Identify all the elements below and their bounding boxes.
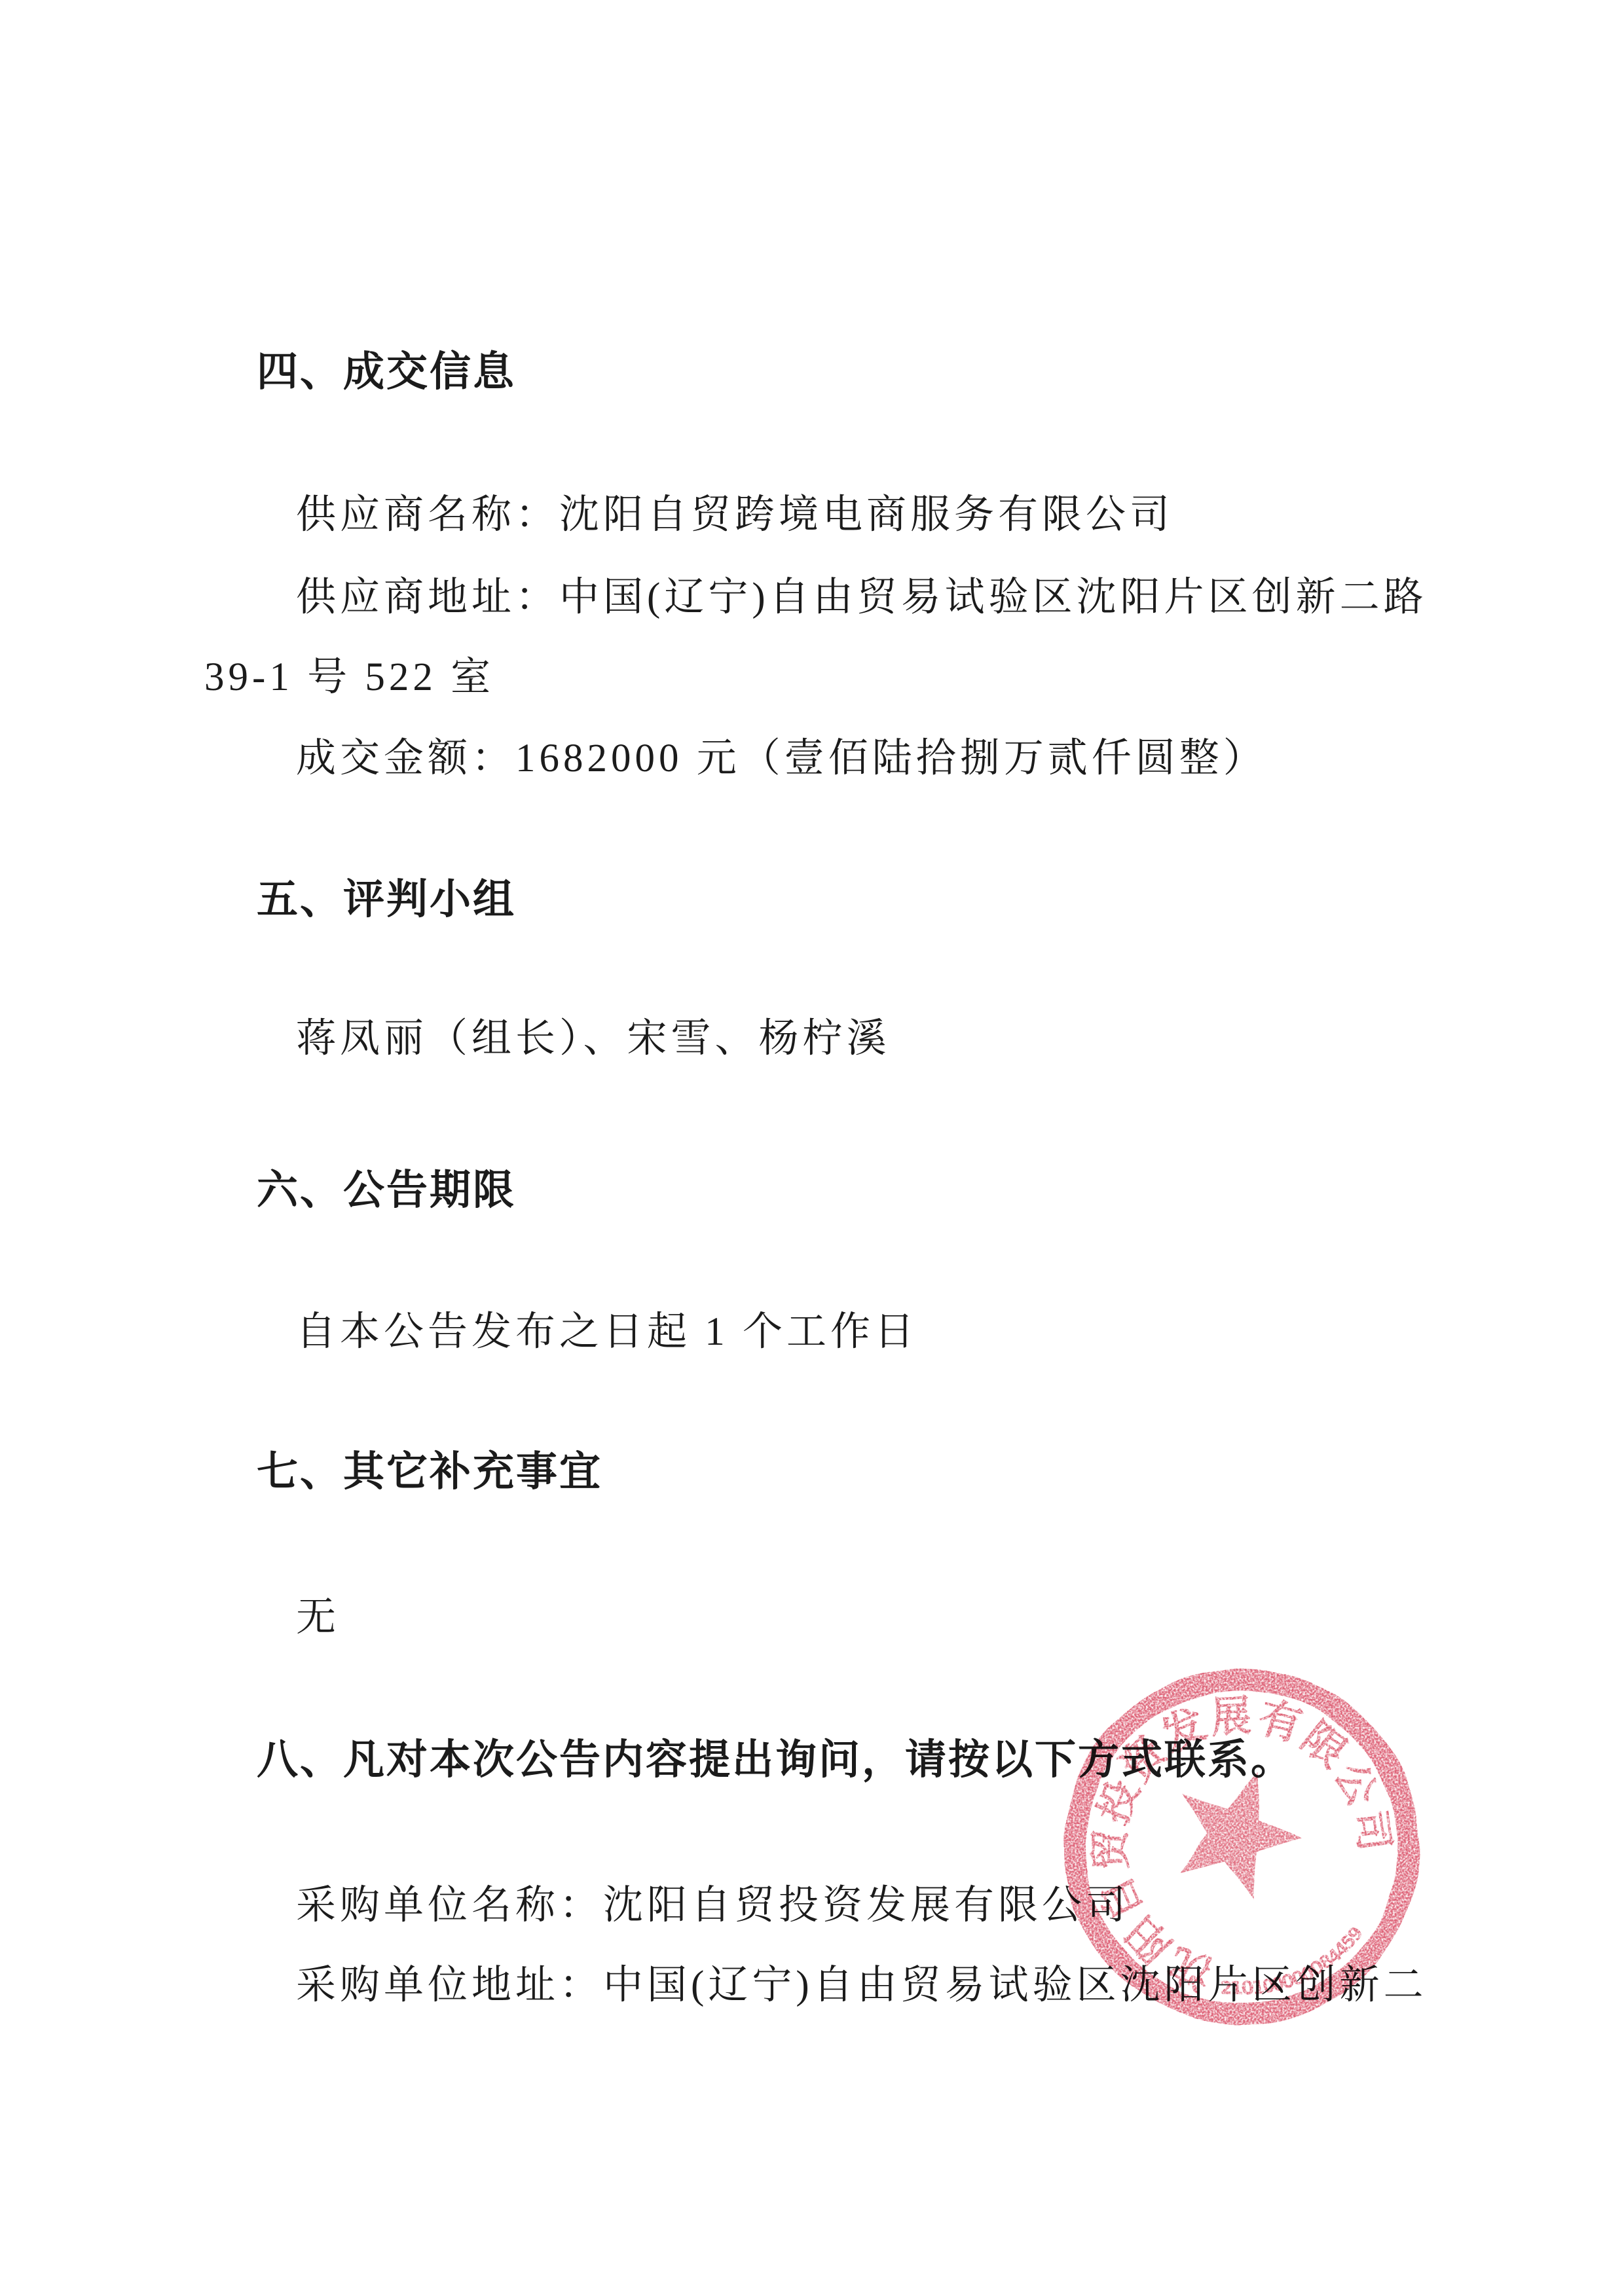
supplier-name-line: 供应商名称：沈阳自贸跨境电商服务有限公司 bbox=[296, 492, 1173, 538]
announcement-period-line: 自本公告发布之日起 1 个工作日 bbox=[296, 1309, 918, 1355]
judging-panel-line: 蒋凤丽（组长）、宋雪、杨柠溪 bbox=[296, 1016, 891, 1062]
section-7-content: 无 bbox=[296, 1595, 340, 1641]
seal-ring-character: 贸 bbox=[1087, 1828, 1135, 1872]
section-7-heading: 七、其它补充事宜 bbox=[257, 1448, 602, 1495]
section-5-heading: 五、评判小组 bbox=[257, 876, 516, 923]
supplier-address-line-2: 39-1 号 522 室 bbox=[204, 655, 494, 701]
company-seal-stamp: 沈阳自贸投资发展有限公司210100000084459 bbox=[1058, 1664, 1425, 2030]
document-page: 四、成交信息 供应商名称：沈阳自贸跨境电商服务有限公司 供应商地址：中国(辽宁)… bbox=[0, 0, 1624, 2296]
section-6-heading: 六、公告期限 bbox=[257, 1167, 516, 1214]
supplier-address-line-1: 供应商地址：中国(辽宁)自由贸易试验区沈阳片区创新二路 bbox=[296, 575, 1428, 621]
deal-amount-line: 成交金额：1682000 元（壹佰陆拾捌万贰仟圆整） bbox=[296, 736, 1267, 782]
seal-star-icon bbox=[1179, 1772, 1302, 1899]
section-4-heading: 四、成交信息 bbox=[257, 348, 516, 395]
seal-ring-character: 展 bbox=[1209, 1692, 1254, 1741]
seal-ring-character: 司 bbox=[1346, 1807, 1397, 1854]
purchaser-name-line: 采购单位名称：沈阳自贸投资发展有限公司 bbox=[296, 1883, 1130, 1929]
